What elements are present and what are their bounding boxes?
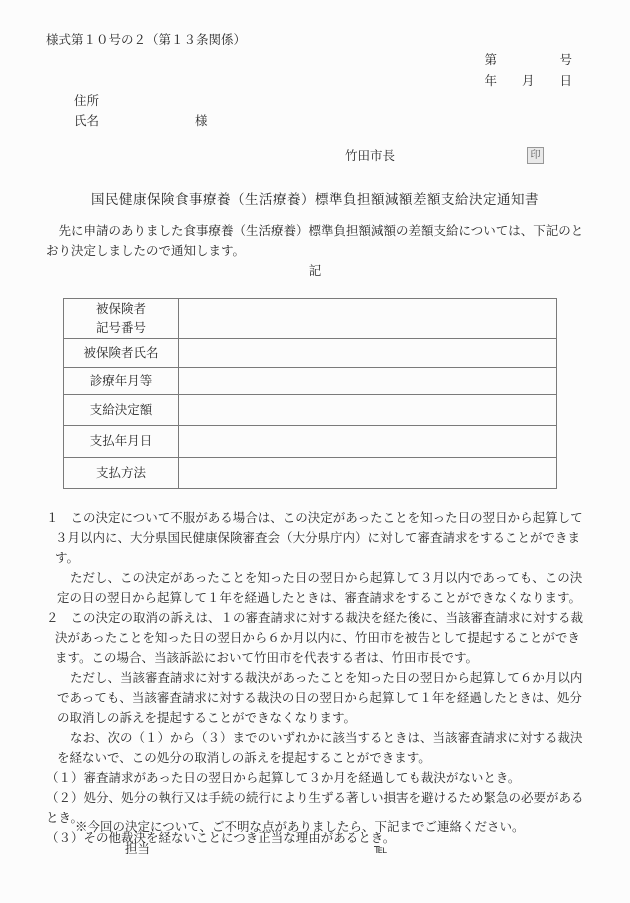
seal-mark: 印 — [527, 147, 544, 164]
row-value-insured-symbol-number — [179, 299, 557, 339]
note-1-main: １この決定について不服がある場合は、この決定があったことを知った日の翌日から起算… — [46, 508, 586, 568]
row-value-payment-date — [179, 426, 557, 458]
document-number-line: 第 号 — [0, 50, 572, 70]
telephone-icon: ℡ — [374, 839, 387, 859]
notification-document: 様式第１０号の２（第１３条関係） 第 号 年 月 日 住所 氏名 様 竹田市長 … — [0, 0, 630, 903]
document-title: 国民健康保険食事療養（生活療養）標準負担額減額差額支給決定通知書 — [0, 190, 630, 210]
note-2-subitem-1: （１）審査請求があった日の翌日から起算して３か月を経過しても裁決がないとき。 — [46, 768, 586, 788]
row-value-decided-amount — [179, 395, 557, 426]
row-label-insured-name: 被保険者氏名 — [64, 339, 179, 368]
row-value-payment-method — [179, 458, 557, 489]
note-item-2: ２この決定の取消の訴えは、１の審査請求に対する裁決を経た後に、当該審査請求に対す… — [46, 608, 586, 848]
issuer-mayor-label: 竹田市長 — [345, 146, 395, 166]
note-2-addendum: なお、次の（１）から（３）までのいずれかに該当するときは、当該審査請求に対する裁… — [46, 728, 586, 768]
appeal-notes: １この決定について不服がある場合は、この決定があったことを知った日の翌日から起算… — [46, 508, 586, 848]
table-row: 支払年月日 — [64, 426, 557, 458]
note-2-proviso: ただし、当該審査請求に対する裁決があったことを知った日の翌日から起算して６か月以… — [46, 668, 586, 728]
row-label-decided-amount: 支給決定額 — [64, 395, 179, 426]
row-label-treatment-month: 診療年月等 — [64, 368, 179, 395]
row-value-insured-name — [179, 339, 557, 368]
record-marker: 記 — [0, 261, 630, 281]
note-2-number: ２ — [46, 611, 59, 625]
row-value-treatment-month — [179, 368, 557, 395]
honorific-label: 様 — [195, 111, 208, 131]
contact-person-label: 担当 — [125, 839, 150, 859]
date-line: 年 月 日 — [0, 71, 572, 91]
row-label-payment-date: 支払年月日 — [64, 426, 179, 458]
note-1-proviso: ただし、この決定があったことを知った日の翌日から起算して３月以内であっても、この… — [46, 568, 586, 608]
note-1-number: １ — [46, 511, 59, 525]
table-row: 支払方法 — [64, 458, 557, 489]
intro-paragraph: 先に申請のありました食事療養（生活療養）標準負担額減額の差額支給については、下記… — [46, 221, 586, 261]
details-table: 被保険者 記号番号 被保険者氏名 診療年月等 支給決定額 支払年月日 支払方法 — [63, 298, 557, 489]
note-1-text: この決定について不服がある場合は、この決定があったことを知った日の翌日から起算し… — [55, 511, 583, 565]
note-2-main: ２この決定の取消の訴えは、１の審査請求に対する裁決を経た後に、当該審査請求に対す… — [46, 608, 586, 668]
name-label: 氏名 — [74, 111, 99, 131]
table-row: 被保険者氏名 — [64, 339, 557, 368]
table-row: 支給決定額 — [64, 395, 557, 426]
address-label: 住所 — [74, 91, 99, 111]
note-2-text: この決定の取消の訴えは、１の審査請求に対する裁決を経た後に、当該審査請求に対する… — [55, 611, 583, 665]
table-row: 診療年月等 — [64, 368, 557, 395]
row-label-payment-method: 支払方法 — [64, 458, 179, 489]
table-row: 被保険者 記号番号 — [64, 299, 557, 339]
form-number: 様式第１０号の２（第１３条関係） — [46, 30, 246, 50]
row-label-insured-symbol-number: 被保険者 記号番号 — [64, 299, 179, 339]
footer-contact-note: ※今回の決定について、ご不明な点がありましたら、下記までご連絡ください。 — [75, 817, 525, 837]
note-item-1: １この決定について不服がある場合は、この決定があったことを知った日の翌日から起算… — [46, 508, 586, 608]
